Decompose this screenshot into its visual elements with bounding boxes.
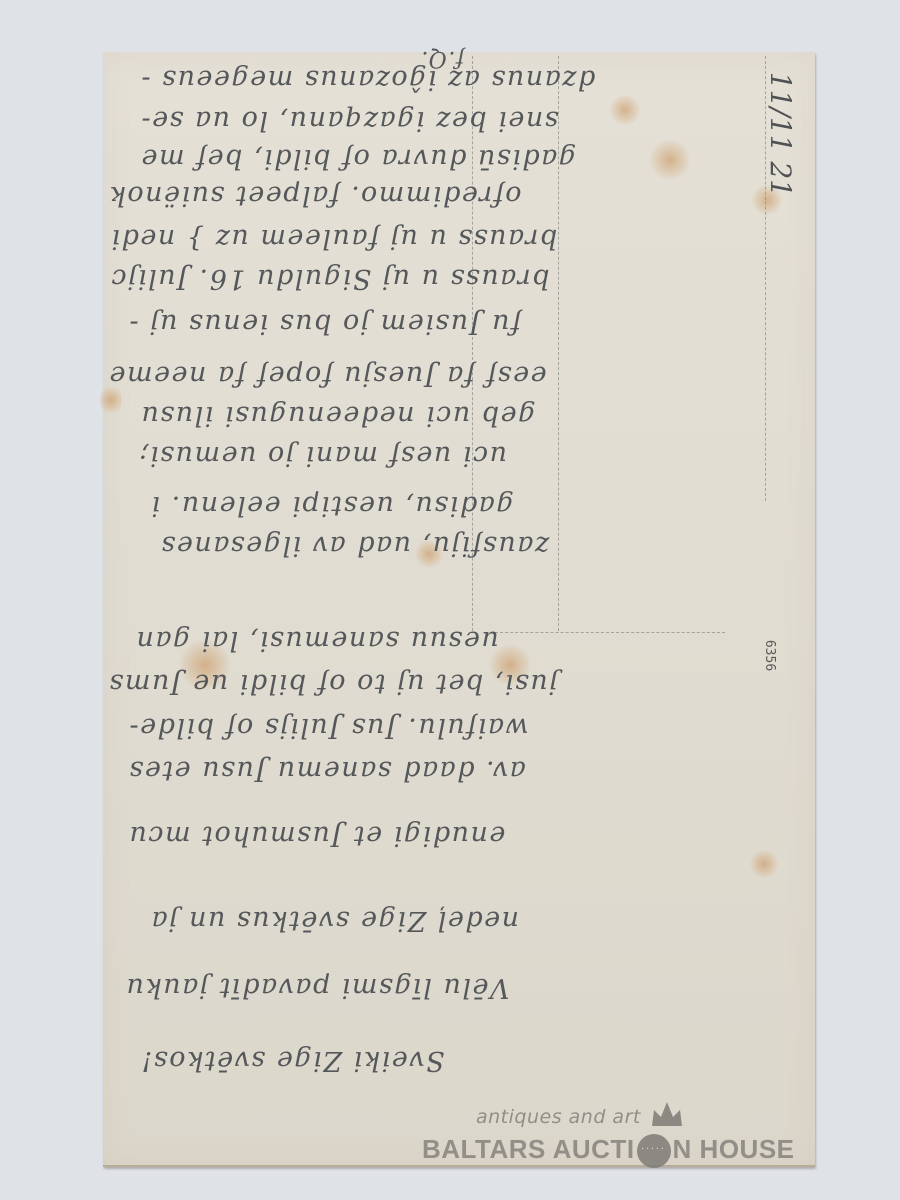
handwriting-line: gadisu, uestipi eelenu. i [150,490,514,521]
handwriting-line: Vēlu līgsmi pavadīt jauku [125,972,510,1003]
handwriting-line: gadisū duvra of bildi, bef me [140,143,576,174]
watermark-tagline: antiques and art [476,1106,641,1128]
watermark-o-emblem [637,1134,671,1168]
foxing-stain [610,95,640,125]
watermark-name: BALTARS AUCTI N HOUSE [422,1132,795,1166]
auction-house-watermark: antiques and art BALTARS AUCTI N HOUSE [420,1100,820,1170]
handwriting-line: dzanus az iĝozanus megeeus - [140,64,595,95]
handwriting-line: geb uci nedeenugusi ilusu [140,400,535,431]
handwriting-line: av. daad sanemu Jusu etes [128,755,526,786]
handwriting-line: fu Jusiem jo bus ienus uj - [128,308,521,339]
divider-line-horizontal [495,632,725,633]
handwriting-line: zausfiju, uad av ilgesanes [160,530,549,561]
handwriting-line: uci uesf mani jo uemusi; [138,440,507,471]
crown-icon [650,1102,684,1128]
handwriting-line: waifulu. Jus Julijs of bilde- [128,712,529,743]
handwriting-line: ofredimmo. falpeet suiënok [108,180,521,211]
watermark-name-part2: N HOUSE [673,1134,795,1165]
handwriting-line: nedeļ Zige svētkus un ja [150,905,519,936]
handwriting-line: uesuu sanemusi, lai gan [135,625,499,656]
watermark-name-part1: BALTARS AUCTI [422,1134,635,1165]
handwriting-line: jusi, bet uj to of bildi ue Jums [108,668,558,699]
handwriting-line: enudigi et Jusmuhot mcu [128,820,505,851]
date-note: 11/11 21 [764,72,797,197]
handwriting-line: brauss u uj fauleem uz } nedi [110,223,557,254]
foxing-stain [650,140,690,180]
handwriting-line: snei bez igazqanu, lo ua se- [140,105,559,136]
handwriting-line: brauss u uj Siguldu 16. Julijc [110,263,549,294]
handwriting-line: eesf fa Juesju fopef fa neeme [108,360,547,391]
handwriting-line: Sveiki Zige svētkos! [140,1045,444,1076]
printed-number: 6356 [762,640,777,671]
foxing-stain [750,850,778,878]
